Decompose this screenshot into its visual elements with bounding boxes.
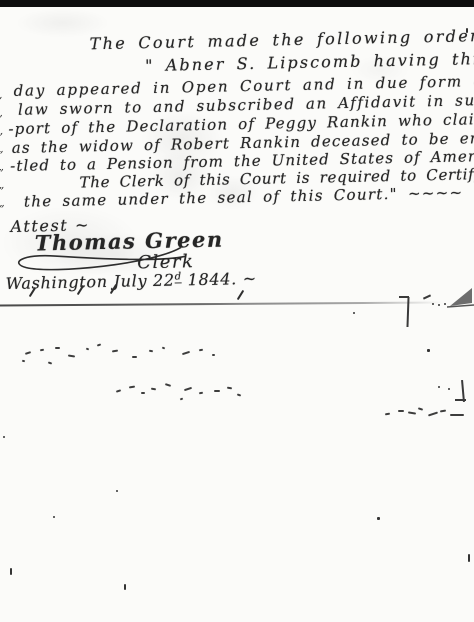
- ink-speck: [438, 386, 440, 388]
- ink-speck: [432, 303, 434, 305]
- ink-speck: [53, 516, 55, 518]
- ink-speck: [427, 349, 430, 352]
- ink-speck: [377, 517, 380, 520]
- ink-speck: [124, 584, 126, 590]
- margin-quote-mark: „: [0, 142, 4, 155]
- ink-speck: [3, 436, 5, 438]
- ink-speck: [10, 568, 12, 575]
- ink-speck: [444, 303, 446, 305]
- dateline-year: 1844. ~: [182, 269, 257, 290]
- ink-fragment: [22, 360, 25, 362]
- document-page: The Court made the following order ~ " A…: [0, 0, 474, 622]
- ink-speck: [438, 304, 440, 306]
- margin-quote-mark: „: [0, 106, 3, 119]
- ink-fragment: [214, 390, 220, 392]
- ink-triangle-mark: [447, 286, 474, 309]
- ink-fragment: [398, 410, 404, 412]
- vertical-ink-mark-cap: [399, 296, 409, 298]
- ink-speck: [353, 312, 355, 314]
- ink-fragment: [149, 350, 153, 353]
- ink-speck: [448, 388, 450, 390]
- small-ink-dash: [455, 399, 466, 401]
- ink-speck: [468, 554, 470, 562]
- dateline-text: Washington July 22: [5, 271, 175, 294]
- margin-quote-mark: „: [0, 196, 5, 209]
- handwritten-line-1: The Court made the following order ~: [89, 26, 474, 54]
- handwritten-content: The Court made the following order ~ " A…: [0, 0, 474, 622]
- handwritten-line-2: " Abner S. Lipscomb having this: [145, 49, 474, 75]
- margin-quote-mark: „: [0, 88, 3, 101]
- margin-quote-mark: „: [0, 160, 4, 173]
- ink-fragment: [55, 347, 60, 349]
- ink-fragment: [212, 354, 215, 356]
- margin-quote-mark: „: [0, 178, 4, 191]
- ink-fragment: [450, 414, 464, 416]
- margin-quote-mark: „: [0, 124, 3, 137]
- ink-speck: [466, 28, 468, 33]
- ink-fragment: [132, 356, 137, 358]
- ink-fragment: [141, 392, 145, 394]
- ink-speck: [116, 490, 118, 492]
- dateline: Washington July 22d 1844. ~: [5, 269, 257, 293]
